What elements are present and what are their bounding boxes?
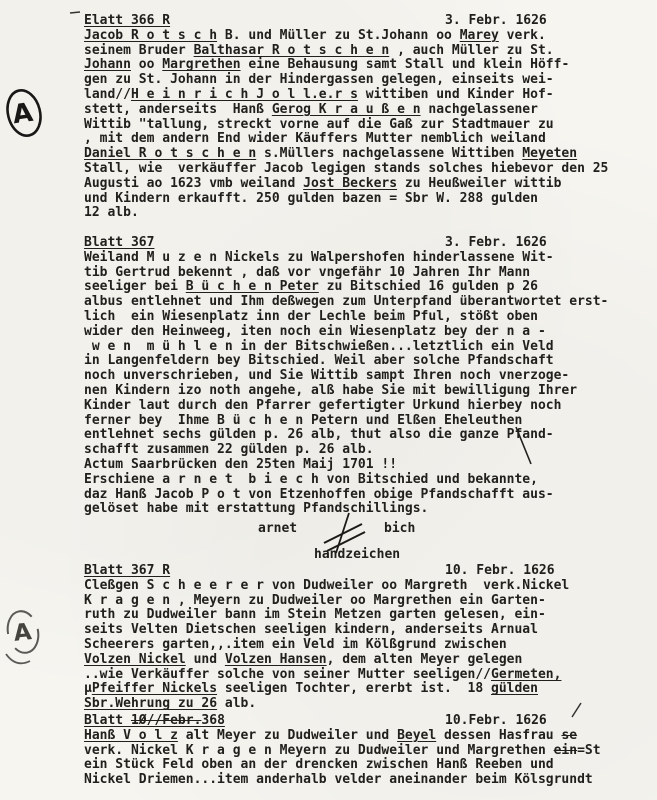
text-run: land// (84, 87, 131, 102)
text-line: , mit dem andern End wider Käuffers Mutt… (84, 132, 644, 147)
entry-section: Blatt 367 R10. Febr. 1626Cleßgen S c h e… (84, 564, 644, 712)
text-run: wittiben und Kinder Hof- (358, 87, 554, 102)
entry-date: 10.Febr. 1626 (445, 714, 547, 729)
text-line: Jacob R o t s c h B. und Müller zu St.Jo… (84, 29, 644, 44)
entry-section: Elatt 366 R3. Febr. 1626Jacob R o t s c … (84, 14, 644, 221)
text-run: Elatt 366 R (84, 13, 170, 28)
text-line: entlehnet sechs gülden p. 26 alb, thut a… (84, 428, 644, 443)
text-run: gelöset habe mit erstattung Pfandschilli… (84, 501, 428, 516)
text-line: schafft zusammen 22 gülden p. 26 alb. (84, 443, 644, 458)
text-line: Wittib "tallung, streckt vorne auf die G… (84, 118, 644, 133)
text-line: µPfeiffer Nickels seeligen Tochter, erer… (84, 682, 644, 697)
text-run: seeliger bei (84, 279, 186, 294)
text-line: Scheerers garten,,.item ein Veld im Kölß… (84, 638, 644, 653)
text-line: Daniel R o t s c h e n s.Müllers nachgel… (84, 147, 644, 162)
text-run: und (186, 652, 225, 667)
text-run: ein (554, 743, 577, 758)
text-line: Cleßgen S c h e e r e r von Dudweiler oo… (84, 579, 644, 594)
text-line: Kinder laut durch den Pfarrer gefertigte… (84, 399, 644, 414)
text-run: se (561, 728, 577, 743)
text-line: ferner bey Ihme B ü c h e n Petern und E… (84, 414, 644, 429)
text-line: stett, anderseits Hanß Gerog K r a u ß e… (84, 103, 644, 118)
text-run: Balthasar R o t s c h e n (194, 43, 390, 58)
text-run: Scheerers garten,,.item ein Veld im Kölß… (84, 637, 507, 652)
text-line: seinem Bruder Balthasar R o t s c h e n … (84, 44, 644, 59)
text-run: Margrethen (162, 57, 240, 72)
text-line: nen Kindern izo noth angehe, alß habe Si… (84, 384, 644, 399)
text-line: seits Velten Dietschen seeligen kindern,… (84, 623, 644, 638)
text-run: µ (84, 681, 92, 696)
text-run: Wittib "tallung, streckt vorne auf die G… (84, 117, 554, 132)
text-run: Nickel Driemen...item anderhalb velder a… (84, 772, 593, 787)
entry-header: Blatt 367 R10. Febr. 1626 (84, 564, 644, 579)
entry-header: Elatt 366 R3. Febr. 1626 (84, 14, 644, 29)
text-run: 368 (201, 713, 224, 728)
text-line: 12 alb. (84, 206, 644, 221)
text-line: Johann oo Margrethen eine Behausung samt… (84, 58, 644, 73)
text-run: verk. Nickel K r a g e n Meyern zu Dudwe… (84, 743, 554, 758)
text-run: lich ein Wiesenplatz inn der Lechle beim… (84, 309, 538, 324)
text-run: Daniel R o t s c h e n (84, 146, 256, 161)
text-run: Volzen Nickel (84, 652, 186, 667)
text-run: alb. (217, 696, 256, 711)
text-run: Gerog K r a u ß e n (272, 102, 421, 117)
text-run: stett, anderseits Hanß (84, 102, 272, 117)
text-run: B. und Müller zu St.Johann oo (217, 28, 460, 43)
text-line: gen zu St. Johann in der Hindergassen ge… (84, 73, 644, 88)
text-run: Beyel (397, 728, 436, 743)
text-run: schafft zusammen 22 gülden p. 26 alb. (84, 442, 374, 457)
text-run: daz Hanß Jacob P o t von Etzenhoffen obi… (84, 487, 554, 502)
signature-left-name: arnet (258, 521, 297, 536)
text-line: seeliger bei B ü c h e n Peter zu Bitsch… (84, 280, 644, 295)
signature-caption: handzeichen (314, 547, 400, 562)
text-run: Kinder laut durch den Pfarrer gefertigte… (84, 398, 561, 413)
text-run: Johann (84, 57, 131, 72)
text-run: Blatt 367 (84, 235, 154, 250)
text-line: ..wie Verkäuffer solche von seiner Mutte… (84, 668, 644, 683)
text-run: K r a g e n , Meyern zu Dudweiler oo Mar… (84, 593, 546, 608)
text-line: noch unverschrieben, und Sie Wittib samp… (84, 369, 644, 384)
text-run: 12 alb. (84, 205, 139, 220)
text-run: eine Behausung samt Stall und klein Höff… (241, 57, 570, 72)
text-run: Hanß V o l z (84, 728, 178, 743)
text-run: Jacob R o t s c h (84, 28, 217, 43)
text-run: gen zu St. Johann in der Hindergassen ge… (84, 72, 554, 87)
text-line: ruth zu Dudweiler bann im Stein Metzen g… (84, 608, 644, 623)
text-run: Pfeiffer Nickels (92, 681, 217, 696)
text-run: Actum Saarbrücken den 25ten Maij 1701 !! (84, 457, 397, 472)
entry-date: 10. Febr. 1626 (445, 564, 555, 579)
text-line: und Kindern erkaufft. 250 gulden bazen =… (84, 192, 644, 207)
text-line: gelöset habe mit erstattung Pfandschilli… (84, 502, 644, 517)
entry-header: Blatt 1Ø//Febr.36810.Febr. 1626 (84, 714, 644, 729)
text-line: Augusti ao 1623 vmb weiland Jost Beckers… (84, 177, 644, 192)
text-run: ..wie Verkäuffer solche von seiner Mutte… (84, 667, 491, 682)
text-run: gülden (491, 681, 538, 696)
text-line: albus entlehnet und Ihm deßwegen zum Unt… (84, 295, 644, 310)
text-run: seeligen Tochter, ererbt ist. 18 (217, 681, 491, 696)
scanned-page: A A arnet bich handzeichen Elatt 366 R3.… (0, 0, 657, 800)
text-run: seinem Bruder (84, 43, 194, 58)
text-run: Blatt (84, 713, 131, 728)
text-run: 1Ø//Febr. (131, 713, 201, 728)
text-line: Nickel Driemen...item anderhalb velder a… (84, 773, 644, 788)
text-run: Stall, wie verkäuffer Jacob legigen stan… (84, 161, 608, 176)
text-run: zu Bitschied 16 gulden p 26 (319, 279, 538, 294)
text-run: verk. (499, 28, 546, 43)
text-line: w e n m ü h l e n in der Bitschwießen...… (84, 340, 644, 355)
text-line: lich ein Wiesenplatz inn der Lechle beim… (84, 310, 644, 325)
text-run: wider den Heinweeg, iten noch ein Wiesen… (84, 324, 546, 339)
text-run: ein Stück Feld oben an der drencken zwis… (84, 757, 554, 772)
svg-text:A: A (12, 619, 33, 647)
text-run: Meyeten (522, 146, 577, 161)
text-run: tib Gertrud bekennt , daß vor vngefähr 1… (84, 265, 530, 280)
text-run: nachgelassener (421, 102, 538, 117)
text-run: Augusti ao 1623 vmb weiland (84, 176, 303, 191)
text-line: Weiland M u z e n Nickels zu Walpershofe… (84, 251, 644, 266)
text-run: und Kindern erkaufft. 250 gulden bazen =… (84, 191, 538, 206)
text-line: Sbr.Wehrung zu 26 alb. (84, 697, 644, 712)
text-run: , auch Müller zu St. (389, 43, 553, 58)
text-run: Erschiene a r n e t b i e c h von Bitsch… (84, 472, 538, 487)
entry-section: Blatt 1Ø//Febr.36810.Febr. 1626Hanß V o … (84, 714, 644, 788)
text-run: H e i n r i c h J o l l.e.r s (131, 87, 358, 102)
text-line: wider den Heinweeg, iten noch ein Wiesen… (84, 325, 644, 340)
text-run: noch unverschrieben, und Sie Wittib samp… (84, 368, 569, 383)
svg-text:A: A (11, 98, 35, 131)
text-run: zu Heußweiler wittib (397, 176, 561, 191)
text-run: Cleßgen S c h e e r e r von Dudweiler oo… (84, 578, 569, 593)
text-run: w e n m ü h l e n in der Bitschwießen...… (84, 339, 554, 354)
text-line: Hanß V o l z alt Meyer zu Dudweiler und … (84, 729, 644, 744)
text-run: B ü c h e n Peter (186, 279, 319, 294)
text-line: K r a g e n , Meyern zu Dudweiler oo Mar… (84, 594, 644, 609)
text-run: entlehnet sechs gülden p. 26 alb, thut a… (84, 427, 554, 442)
text-run: dessen Hasfrau (436, 728, 561, 743)
entry-date: 3. Febr. 1626 (445, 14, 547, 29)
text-line: land//H e i n r i c h J o l l.e.r s witt… (84, 88, 644, 103)
text-line: tib Gertrud bekennt , daß vor vngefähr 1… (84, 266, 644, 281)
text-line: verk. Nickel K r a g e n Meyern zu Dudwe… (84, 744, 644, 759)
text-line: Actum Saarbrücken den 25ten Maij 1701 !! (84, 458, 644, 473)
text-run: Blatt 367 R (84, 563, 170, 578)
text-run: Marey (460, 28, 499, 43)
text-run: oo (131, 57, 162, 72)
text-line: Stall, wie verkäuffer Jacob legigen stan… (84, 162, 644, 177)
entry-section: Blatt 3673. Febr. 1626Weiland M u z e n … (84, 236, 644, 517)
text-run: , dem alten Meyer gelegen (327, 652, 523, 667)
entry-header: Blatt 3673. Febr. 1626 (84, 236, 644, 251)
text-line: daz Hanß Jacob P o t von Etzenhoffen obi… (84, 488, 644, 503)
text-run: Germeten, (491, 667, 561, 682)
entry-date: 3. Febr. 1626 (445, 236, 547, 251)
text-run: nen Kindern izo noth angehe, alß habe Si… (84, 383, 577, 398)
text-run: seits Velten Dietschen seeligen kindern,… (84, 622, 538, 637)
stray-dash-mark (70, 12, 80, 13)
text-run: Sbr.Wehrung zu 26 (84, 696, 217, 711)
text-line: in Langenfeldern bey Bitschied. Weil abe… (84, 354, 644, 369)
text-run: Volzen Hansen (225, 652, 327, 667)
text-line: ein Stück Feld oben an der drencken zwis… (84, 758, 644, 773)
text-run: Weiland M u z e n Nickels zu Walpershofe… (84, 250, 554, 265)
text-line: Volzen Nickel und Volzen Hansen, dem alt… (84, 653, 644, 668)
text-run: , mit dem andern End wider Käuffers Mutt… (84, 131, 546, 146)
signature-right-name: bich (384, 521, 415, 536)
text-run: albus entlehnet und Ihm deßwegen zum Unt… (84, 294, 608, 309)
text-run: in Langenfeldern bey Bitschied. Weil abe… (84, 353, 554, 368)
text-run: ruth zu Dudweiler bann im Stein Metzen g… (84, 607, 546, 622)
text-run: ferner bey Ihme B ü c h e n Petern und E… (84, 413, 522, 428)
text-run: alt Meyer zu Dudweiler und (178, 728, 397, 743)
text-run: s.Müllers nachgelassene Wittiben (256, 146, 522, 161)
handwritten-circled-a-icon: A (2, 84, 46, 142)
handwritten-circled-a-icon: A (0, 606, 48, 672)
signature-block: arnet bich handzeichen (0, 521, 657, 565)
text-run: Jost Beckers (303, 176, 397, 191)
text-run: =St (577, 743, 600, 758)
text-line: Erschiene a r n e t b i e c h von Bitsch… (84, 473, 644, 488)
